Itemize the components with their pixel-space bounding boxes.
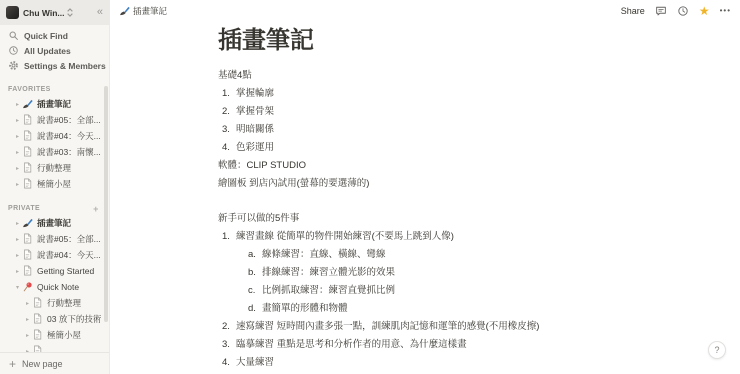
paragraph-block[interactable]: 新手可以做的5件事	[218, 210, 716, 228]
workspace-avatar	[6, 6, 19, 19]
numbered-list-item[interactable]: c.比例抓取練習：練習直覺抓比例	[218, 282, 716, 300]
new-page-label: New page	[22, 359, 63, 369]
sidebar-page-item[interactable]: ▸行動整理	[0, 295, 109, 311]
plus-icon: +	[9, 358, 16, 370]
numbered-list-item[interactable]: 4.色彩運用	[218, 139, 716, 157]
breadcrumb-label: 插畫筆記	[133, 5, 167, 17]
section-title-label: FAVORITES	[8, 86, 51, 93]
help-button[interactable]: ?	[708, 341, 726, 359]
list-item-text: 大量練習	[236, 354, 274, 372]
toggle-collapsed-icon[interactable]: ▸	[13, 165, 22, 172]
sidebar-item-label: 說書#05：全部...	[37, 114, 101, 126]
toggle-collapsed-icon[interactable]: ▸	[13, 101, 22, 108]
paintbrush-icon	[22, 98, 34, 110]
toggle-collapsed-icon[interactable]: ▸	[13, 220, 22, 227]
chevron-updown-icon	[66, 7, 74, 18]
list-item-text: 比例抓取練習：練習直覺抓比例	[262, 282, 395, 300]
sidebar-item-label: 插畫筆記	[37, 217, 71, 229]
list-marker: 4.	[218, 139, 236, 157]
page-icon	[22, 130, 34, 142]
list-marker: c.	[248, 282, 262, 300]
list-marker: 1.	[218, 85, 236, 103]
page-title[interactable]: 插畫筆記	[218, 27, 716, 55]
page-icon	[22, 114, 34, 126]
comment-icon[interactable]	[655, 5, 667, 17]
numbered-list-item[interactable]: 1.掌握輪廓	[218, 85, 716, 103]
paragraph-block[interactable]: 軟體：CLIP STUDIO	[218, 157, 716, 175]
list-item-text: 速寫練習 短時間內畫多張一點，訓練肌肉記憶和運筆的感覺(不用橡皮擦)	[236, 318, 539, 336]
page-icon	[32, 297, 44, 309]
list-marker: b.	[248, 264, 262, 282]
numbered-list-item[interactable]: 3.明暗關係	[218, 121, 716, 139]
sidebar-scrollbar[interactable]	[104, 86, 108, 322]
sidebar-item-settings-members[interactable]: Settings & Members	[0, 58, 109, 73]
list-marker: 1.	[218, 228, 236, 246]
main-area: 插畫筆記 Share ★ ••• 插畫筆記 基礎4點1.掌握輪廓2.掌握骨架3.…	[110, 0, 740, 374]
sidebar-item-quick-find[interactable]: Quick Find	[0, 28, 109, 43]
list-item-text: 掌握輪廓	[236, 85, 274, 103]
numbered-list-item[interactable]: d.畫簡單的形體和物體	[218, 300, 716, 318]
more-icon[interactable]: •••	[720, 6, 731, 15]
toggle-collapsed-icon[interactable]: ▸	[13, 117, 22, 124]
paintbrush-icon	[22, 217, 34, 229]
page-icon	[22, 265, 34, 277]
list-item-text: 線條練習：直線、橫線、彎線	[262, 246, 386, 264]
page-blocks: 基礎4點1.掌握輪廓2.掌握骨架3.明暗關係4.色彩運用軟體：CLIP STUD…	[218, 67, 716, 372]
favorite-star-icon[interactable]: ★	[699, 5, 710, 17]
sidebar-item-label: Quick Find	[24, 31, 68, 41]
sidebar-page-item[interactable]: ▸說書#05：全部...	[0, 231, 109, 247]
sidebar-section-private: PRIVATE+▸插畫筆記▸說書#05：全部...▸說書#04：今天...▸Ge…	[0, 202, 109, 352]
updates-clock-icon[interactable]	[677, 5, 689, 17]
search-icon	[8, 30, 19, 41]
page-icon	[22, 162, 34, 174]
toggle-collapsed-icon[interactable]: ▸	[23, 316, 32, 323]
sidebar-item-label: 行動整理	[47, 297, 81, 309]
new-page-button[interactable]: + New page	[0, 352, 109, 374]
list-item-text: 色彩運用	[236, 139, 274, 157]
page-icon	[32, 345, 44, 352]
numbered-list-item[interactable]: 1.練習畫線 從簡單的物件開始練習(不要馬上跳到人像)	[218, 228, 716, 246]
sidebar-item-label: 說書#04：今天...	[37, 130, 101, 142]
numbered-list-item[interactable]: a.線條練習：直線、橫線、彎線	[218, 246, 716, 264]
sidebar-item-all-updates[interactable]: All Updates	[0, 43, 109, 58]
workspace-switcher[interactable]: Chu Win... «	[0, 0, 109, 25]
list-item-text: 畫簡單的形體和物體	[262, 300, 348, 318]
sidebar-item-label: Settings & Members	[24, 61, 106, 71]
list-item-text: 排線練習：練習立體光影的效果	[262, 264, 395, 282]
workspace-name: Chu Win...	[23, 8, 64, 18]
list-item-text: 掌握骨架	[236, 103, 274, 121]
list-marker: 2.	[218, 318, 236, 336]
page-icon	[32, 329, 44, 341]
pushpin-icon	[22, 281, 34, 293]
sidebar-page-item[interactable]: ▸極簡小屋	[0, 327, 109, 343]
sidebar-page-item[interactable]: ▸說書#05：全部...	[0, 112, 109, 128]
sidebar: Chu Win... « Quick FindAll UpdatesSettin…	[0, 0, 110, 374]
page-icon	[22, 233, 34, 245]
section-header[interactable]: FAVORITES	[0, 83, 109, 96]
list-item-text: 練習畫線 從簡單的物件開始練習(不要馬上跳到人像)	[236, 228, 454, 246]
sidebar-page-item[interactable]: ▸行動整理	[0, 160, 109, 176]
toggle-collapsed-icon[interactable]: ▸	[13, 268, 22, 275]
list-marker: d.	[248, 300, 262, 318]
sidebar-item-label: 極簡小屋	[47, 329, 81, 341]
page-icon	[32, 313, 44, 325]
page-icon	[22, 249, 34, 261]
clock-icon	[8, 45, 19, 56]
share-button[interactable]: Share	[621, 6, 645, 16]
sidebar-top-menu: Quick FindAll UpdatesSettings & Members	[0, 25, 109, 73]
sidebar-page-item[interactable]: ▸極簡小屋	[0, 176, 109, 192]
paragraph-block[interactable]: 繪圖板 到店內試用(螢幕的要選薄的)	[218, 175, 716, 193]
toggle-collapsed-icon[interactable]: ▸	[13, 149, 22, 156]
gear-icon	[8, 60, 19, 71]
sidebar-item-label: All Updates	[24, 46, 71, 56]
sidebar-item-label: Getting Started	[37, 266, 94, 276]
list-item-text: 臨摹練習 重點是思考和分析作者的用意、為什麼這樣畫	[236, 336, 467, 354]
sidebar-page-item[interactable]: ▾Quick Note	[0, 279, 109, 295]
sidebar-page-item[interactable]: ▸Getting Started	[0, 263, 109, 279]
toggle-collapsed-icon[interactable]: ▸	[13, 181, 22, 188]
section-title-label: PRIVATE	[8, 205, 40, 212]
list-marker: 2.	[218, 103, 236, 121]
numbered-list-item[interactable]: 4.大量練習	[218, 354, 716, 372]
toggle-collapsed-icon[interactable]: ▸	[23, 332, 32, 339]
toggle-collapsed-icon[interactable]: ▸	[23, 300, 32, 307]
sidebar-page-item[interactable]: ▸插畫筆記	[0, 215, 109, 231]
sidebar-page-item[interactable]: ▸說書#04：今天...	[0, 128, 109, 144]
list-marker: 3.	[218, 121, 236, 139]
collapse-sidebar-icon[interactable]: «	[97, 7, 103, 18]
topbar: 插畫筆記 Share ★ •••	[110, 0, 740, 21]
sidebar-section-favorites: FAVORITES▸插畫筆記▸說書#05：全部...▸說書#04：今天...▸說…	[0, 83, 109, 192]
numbered-list-item[interactable]: 2.速寫練習 短時間內畫多張一點，訓練肌肉記憶和運筆的感覺(不用橡皮擦)	[218, 318, 716, 336]
sidebar-page-item-partial[interactable]: ▸	[0, 343, 109, 352]
page-icon	[22, 178, 34, 190]
toggle-collapsed-icon[interactable]: ▸	[13, 133, 22, 140]
list-marker: 3.	[218, 336, 236, 354]
paintbrush-icon	[119, 5, 130, 16]
sidebar-item-label: 極簡小屋	[37, 178, 71, 190]
numbered-list-item[interactable]: 3.臨摹練習 重點是思考和分析作者的用意、為什麼這樣畫	[218, 336, 716, 354]
sidebar-page-item[interactable]: ▸03 放下的技術	[0, 311, 109, 327]
toggle-collapsed-icon[interactable]: ▸	[13, 236, 22, 243]
numbered-list-item[interactable]: 2.掌握骨架	[218, 103, 716, 121]
toggle-expanded-icon[interactable]: ▾	[13, 284, 22, 291]
sidebar-page-item[interactable]: ▸插畫筆記	[0, 96, 109, 112]
list-item-text: 明暗關係	[236, 121, 274, 139]
sidebar-page-item[interactable]: ▸說書#04：今天...	[0, 247, 109, 263]
sidebar-item-label: Quick Note	[37, 282, 79, 292]
help-label: ?	[714, 345, 719, 355]
notion-window: Chu Win... « Quick FindAll UpdatesSettin…	[0, 0, 740, 374]
topbar-actions: Share ★ •••	[621, 5, 731, 17]
list-marker: a.	[248, 246, 262, 264]
breadcrumb[interactable]: 插畫筆記	[119, 5, 167, 17]
paragraph-block[interactable]: 基礎4點	[218, 67, 716, 85]
sidebar-item-label: 插畫筆記	[37, 98, 71, 110]
sidebar-page-tree: FAVORITES▸插畫筆記▸說書#05：全部...▸說書#04：今天...▸說…	[0, 73, 109, 352]
section-header[interactable]: PRIVATE+	[0, 202, 109, 215]
sidebar-item-label: 03 放下的技術	[47, 313, 101, 325]
add-page-icon[interactable]: +	[91, 204, 101, 214]
page-body: 插畫筆記 基礎4點1.掌握輪廓2.掌握骨架3.明暗關係4.色彩運用軟體：CLIP…	[110, 21, 740, 372]
sidebar-item-label: 說書#03：南懷...	[37, 146, 101, 158]
sidebar-item-label: 說書#05：全部...	[37, 233, 101, 245]
sidebar-page-item[interactable]: ▸說書#03：南懷...	[0, 144, 109, 160]
empty-block[interactable]	[218, 193, 716, 210]
page-icon	[22, 146, 34, 158]
numbered-list-item[interactable]: b.排線練習：練習立體光影的效果	[218, 264, 716, 282]
sidebar-item-label: 行動整理	[37, 162, 71, 174]
sidebar-item-label: 說書#04：今天...	[37, 249, 101, 261]
list-marker: 4.	[218, 354, 236, 372]
toggle-collapsed-icon[interactable]: ▸	[13, 252, 22, 259]
